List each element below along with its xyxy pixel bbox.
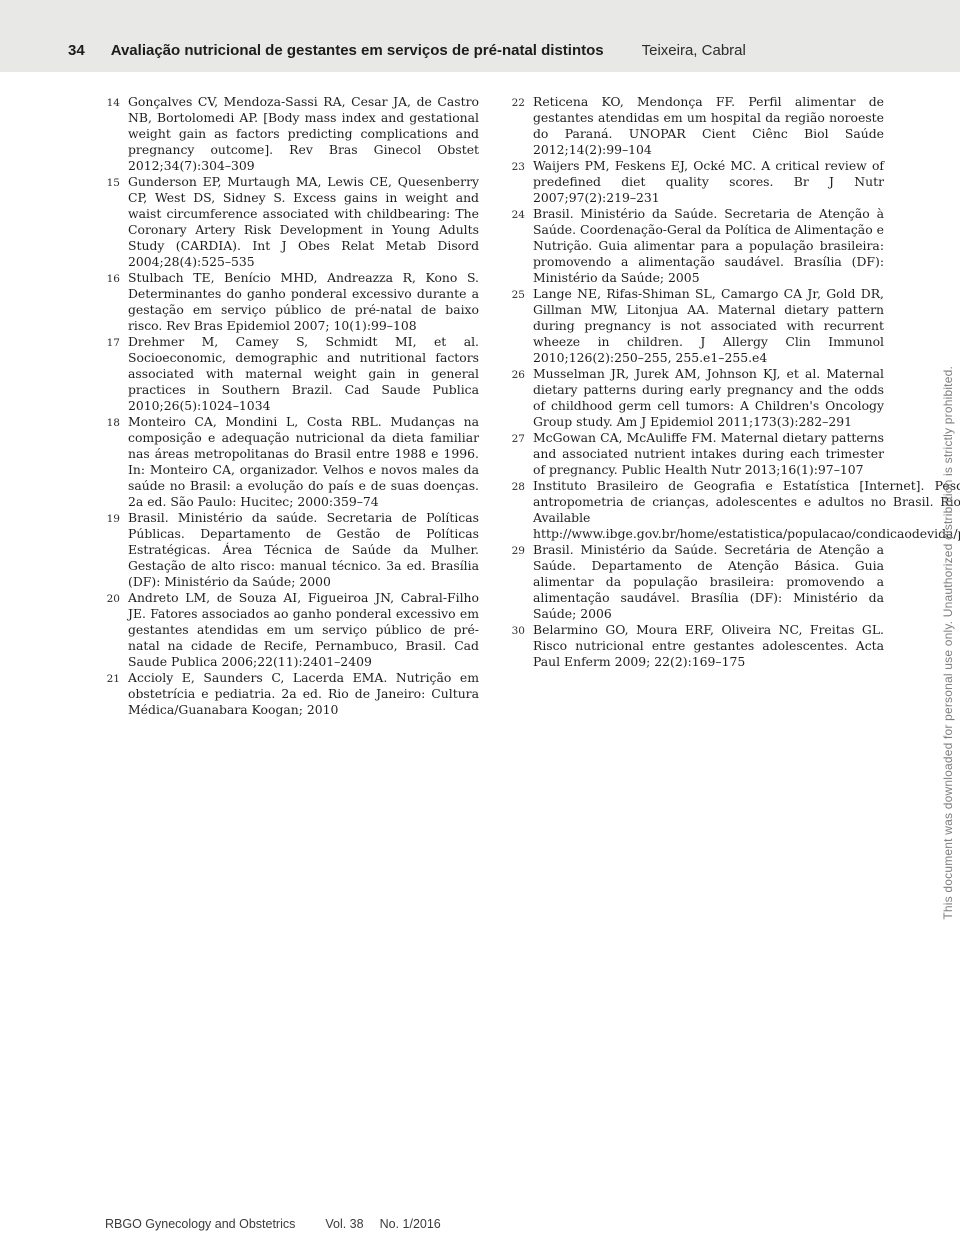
volume-label: Vol. 38 bbox=[325, 1217, 363, 1231]
reference-item: 23Waijers PM, Feskens EJ, Ocké MC. A cri… bbox=[505, 158, 884, 206]
reference-number: 27 bbox=[505, 430, 525, 447]
reference-text: Brasil. Ministério da Saúde. Secretária … bbox=[533, 542, 884, 622]
reference-text: Brasil. Ministério da saúde. Secretaria … bbox=[128, 510, 479, 590]
reference-item: 29Brasil. Ministério da Saúde. Secretári… bbox=[505, 542, 884, 622]
reference-text: Belarmino GO, Moura ERF, Oliveira NC, Fr… bbox=[533, 622, 884, 670]
reference-text: Monteiro CA, Mondini L, Costa RBL. Mudan… bbox=[128, 414, 479, 510]
reference-text: Instituto Brasileiro de Geografia e Esta… bbox=[533, 478, 960, 542]
reference-item: 22Reticena KO, Mendonça FF. Perfil alime… bbox=[505, 94, 884, 158]
article-title: Avaliação nutricional de gestantes em se… bbox=[111, 42, 604, 59]
reference-number: 30 bbox=[505, 622, 525, 639]
reference-item: 28Instituto Brasileiro de Geografia e Es… bbox=[505, 478, 884, 542]
journal-page: 34 Avaliação nutricional de gestantes em… bbox=[0, 0, 960, 1238]
references-left-column: 14Gonçalves CV, Mendoza-Sassi RA, Cesar … bbox=[100, 94, 479, 718]
page-footer: RBGO Gynecology and ObstetricsVol. 38No.… bbox=[105, 1217, 441, 1231]
reference-item: 16Stulbach TE, Benício MHD, Andreazza R,… bbox=[100, 270, 479, 334]
reference-item: 18Monteiro CA, Mondini L, Costa RBL. Mud… bbox=[100, 414, 479, 510]
reference-number: 18 bbox=[100, 414, 120, 431]
reference-text: Accioly E, Saunders C, Lacerda EMA. Nutr… bbox=[128, 670, 479, 718]
page-header: 34 Avaliação nutricional de gestantes em… bbox=[0, 0, 960, 72]
reference-number: 16 bbox=[100, 270, 120, 287]
reference-item: 15Gunderson EP, Murtaugh MA, Lewis CE, Q… bbox=[100, 174, 479, 270]
reference-text: Lange NE, Rifas-Shiman SL, Camargo CA Jr… bbox=[533, 286, 884, 366]
reference-text: Drehmer M, Camey S, Schmidt MI, et al. S… bbox=[128, 334, 479, 414]
reference-text: McGowan CA, McAuliffe FM. Maternal dieta… bbox=[533, 430, 884, 478]
reference-item: 19Brasil. Ministério da saúde. Secretari… bbox=[100, 510, 479, 590]
reference-number: 25 bbox=[505, 286, 525, 303]
page-number: 34 bbox=[68, 42, 85, 59]
reference-item: 21Accioly E, Saunders C, Lacerda EMA. Nu… bbox=[100, 670, 479, 718]
reference-text: Gunderson EP, Murtaugh MA, Lewis CE, Que… bbox=[128, 174, 479, 270]
journal-name: RBGO Gynecology and Obstetrics bbox=[105, 1217, 295, 1231]
article-authors: Teixeira, Cabral bbox=[642, 42, 746, 59]
reference-text: Musselman JR, Jurek AM, Johnson KJ, et a… bbox=[533, 366, 884, 430]
reference-text: Brasil. Ministério da Saúde. Secretaria … bbox=[533, 206, 884, 286]
reference-item: 27McGowan CA, McAuliffe FM. Maternal die… bbox=[505, 430, 884, 478]
reference-number: 22 bbox=[505, 94, 525, 111]
reference-number: 21 bbox=[100, 670, 120, 687]
reference-item: 30Belarmino GO, Moura ERF, Oliveira NC, … bbox=[505, 622, 884, 670]
reference-item: 17Drehmer M, Camey S, Schmidt MI, et al.… bbox=[100, 334, 479, 414]
references-right-column: 22Reticena KO, Mendonça FF. Perfil alime… bbox=[505, 94, 884, 718]
reference-item: 20Andreto LM, de Souza AI, Figueiroa JN,… bbox=[100, 590, 479, 670]
reference-item: 24Brasil. Ministério da Saúde. Secretari… bbox=[505, 206, 884, 286]
reference-number: 15 bbox=[100, 174, 120, 191]
references-section: 14Gonçalves CV, Mendoza-Sassi RA, Cesar … bbox=[100, 94, 884, 718]
reference-number: 23 bbox=[505, 158, 525, 175]
reference-text: Andreto LM, de Souza AI, Figueiroa JN, C… bbox=[128, 590, 479, 670]
reference-number: 20 bbox=[100, 590, 120, 607]
reference-text: Gonçalves CV, Mendoza-Sassi RA, Cesar JA… bbox=[128, 94, 479, 174]
reference-text: Reticena KO, Mendonça FF. Perfil aliment… bbox=[533, 94, 884, 158]
reference-item: 14Gonçalves CV, Mendoza-Sassi RA, Cesar … bbox=[100, 94, 479, 174]
reference-number: 14 bbox=[100, 94, 120, 111]
reference-number: 19 bbox=[100, 510, 120, 527]
reference-number: 26 bbox=[505, 366, 525, 383]
reference-text: Stulbach TE, Benício MHD, Andreazza R, K… bbox=[128, 270, 479, 334]
reference-number: 24 bbox=[505, 206, 525, 223]
reference-number: 29 bbox=[505, 542, 525, 559]
issue-label: No. 1/2016 bbox=[380, 1217, 441, 1231]
reference-item: 26Musselman JR, Jurek AM, Johnson KJ, et… bbox=[505, 366, 884, 430]
reference-number: 17 bbox=[100, 334, 120, 351]
reference-item: 25Lange NE, Rifas-Shiman SL, Camargo CA … bbox=[505, 286, 884, 366]
reference-number: 28 bbox=[505, 478, 525, 495]
sidebar-watermark: This document was downloaded for persona… bbox=[941, 366, 955, 920]
reference-text: Waijers PM, Feskens EJ, Ocké MC. A criti… bbox=[533, 158, 884, 206]
